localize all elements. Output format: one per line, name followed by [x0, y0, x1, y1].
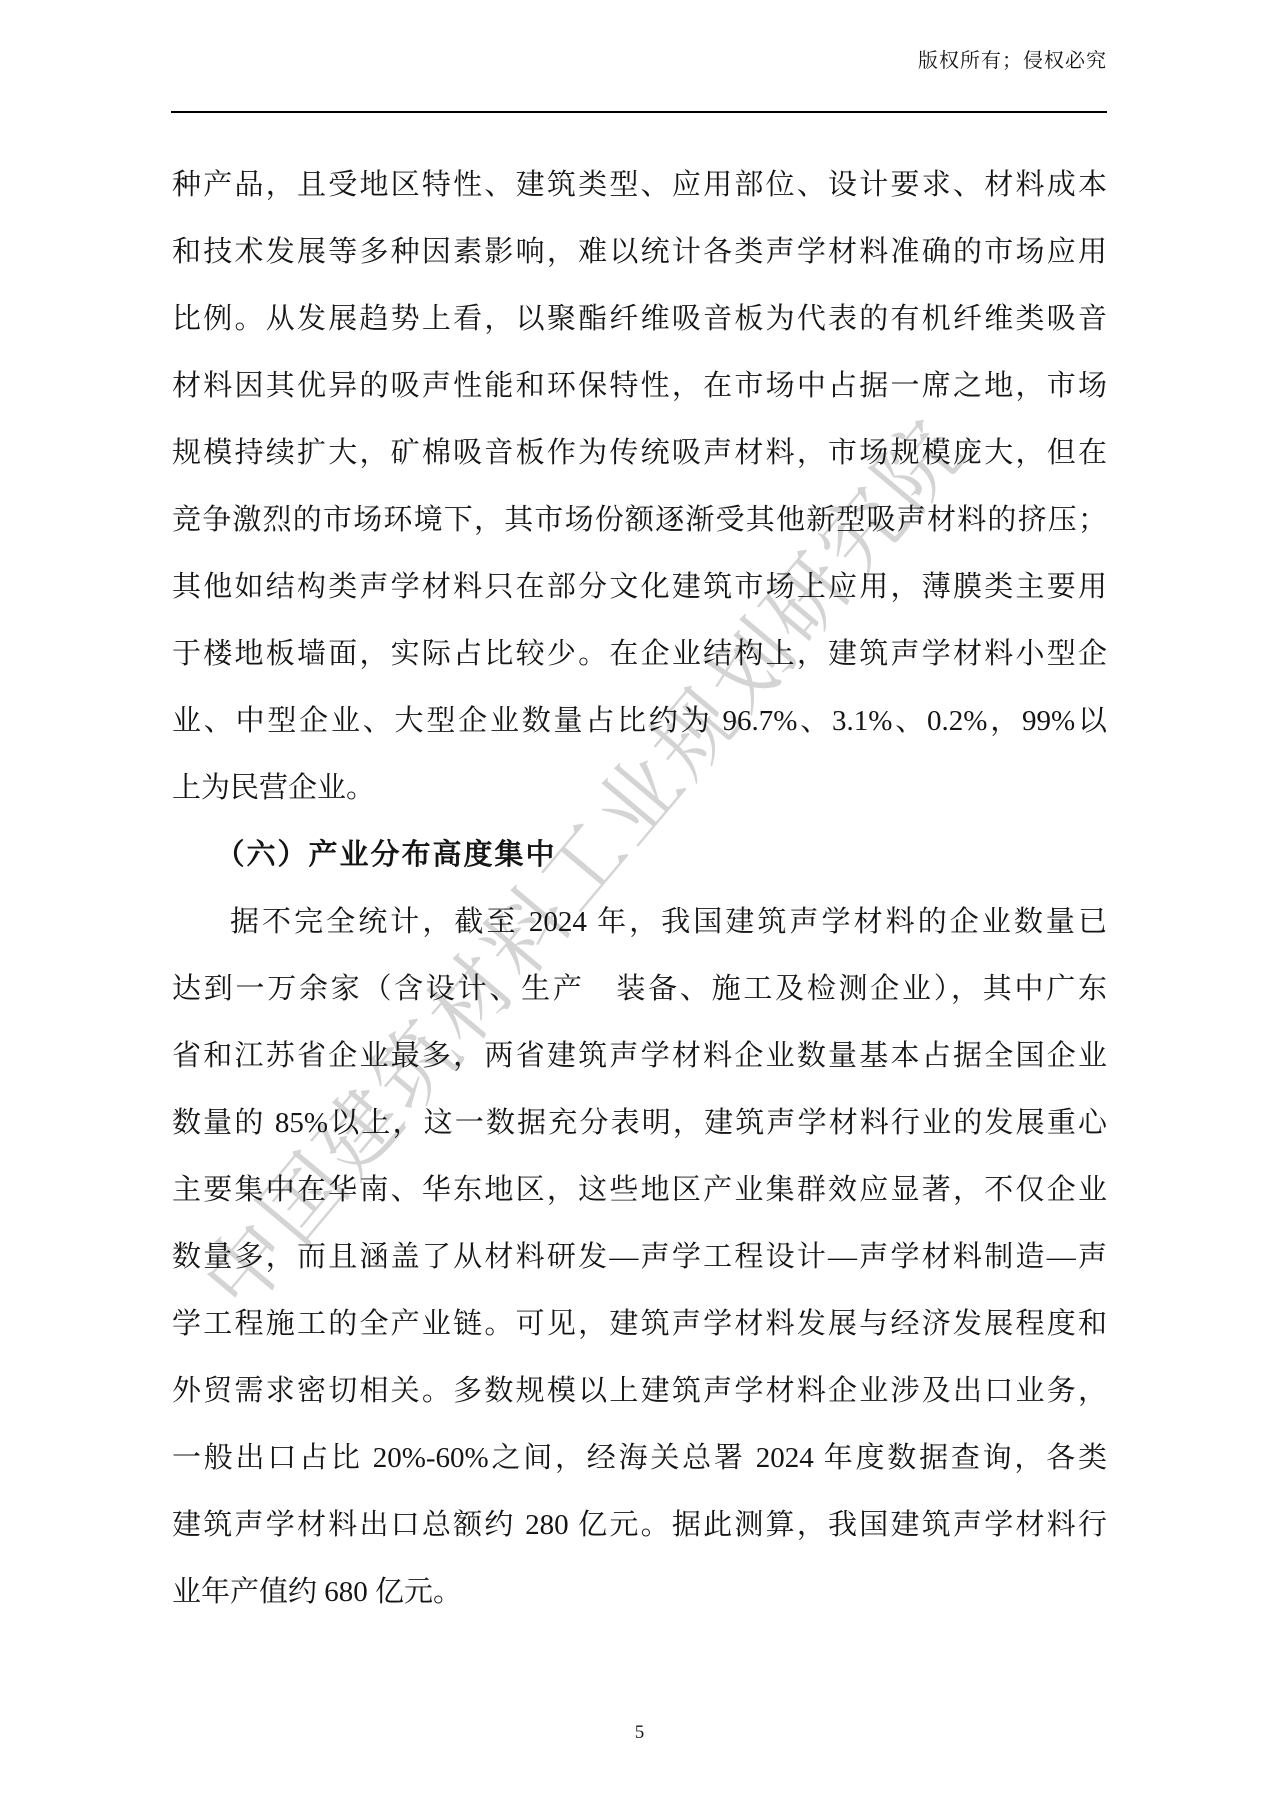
text-line: 学工程施工的全产业链。可见，建筑声学材料发展与经济发展程度和 — [172, 1291, 1107, 1358]
text-line: 数量的 85%以上，这一数据充分表明，建筑声学材料行业的发展重心 — [172, 1090, 1107, 1157]
text-line: 其他如结构类声学材料只在部分文化建筑市场上应用，薄膜类主要用 — [172, 554, 1107, 621]
text-line: 材料因其优异的吸声性能和环保特性，在市场中占据一席之地，市场 — [172, 353, 1107, 420]
text-line: 业、中型企业、大型企业数量占比约为 96.7%、3.1%、0.2%，99%以 — [172, 688, 1107, 755]
page-header: 版权所有；侵权必究 — [172, 44, 1107, 73]
document-page: 中国建筑材料工业规划研究院 版权所有；侵权必究 种产品，且受地区特性、建筑类型、… — [0, 0, 1280, 1810]
document-body: 种产品，且受地区特性、建筑类型、应用部位、设计要求、材料成本和技术发展等多种因素… — [172, 152, 1107, 1626]
text-line: 业年产值约 680 亿元。 — [172, 1559, 1107, 1626]
text-line: 上为民营企业。 — [172, 755, 1107, 822]
text-line: 外贸需求密切相关。多数规模以上建筑声学材料企业涉及出口业务， — [172, 1358, 1107, 1425]
text-line: 于楼地板墙面，实际占比较少。在企业结构上，建筑声学材料小型企 — [172, 621, 1107, 688]
text-line: 省和江苏省企业最多，两省建筑声学材料企业数量基本占据全国企业 — [172, 1023, 1107, 1090]
section-heading: （六）产业分布高度集中 — [172, 822, 1107, 889]
page-number: 5 — [635, 1722, 645, 1743]
text-line: 建筑声学材料出口总额约 280 亿元。据此测算，我国建筑声学材料行 — [172, 1492, 1107, 1559]
page-footer: 5 — [172, 1722, 1107, 1744]
text-line: 种产品，且受地区特性、建筑类型、应用部位、设计要求、材料成本 — [172, 152, 1107, 219]
text-line: 主要集中在华南、华东地区，这些地区产业集群效应显著，不仅企业 — [172, 1157, 1107, 1224]
text-line: 数量多，而且涵盖了从材料研发—声学工程设计—声学材料制造—声 — [172, 1224, 1107, 1291]
text-line: 规模持续扩大，矿棉吸音板作为传统吸声材料，市场规模庞大，但在 — [172, 420, 1107, 487]
text-line: 和技术发展等多种因素影响，难以统计各类声学材料准确的市场应用 — [172, 219, 1107, 286]
text-line: 竞争激烈的市场环境下，其市场份额逐渐受其他新型吸声材料的挤压； — [172, 487, 1107, 554]
header-rule — [171, 111, 1107, 113]
text-line: 一般出口占比 20%-60%之间，经海关总署 2024 年度数据查询，各类 — [172, 1425, 1107, 1492]
text-line: 据不完全统计，截至 2024 年，我国建筑声学材料的企业数量已 — [172, 889, 1107, 956]
text-line: 比例。从发展趋势上看，以聚酯纤维吸音板为代表的有机纤维类吸音 — [172, 286, 1107, 353]
copyright-notice: 版权所有；侵权必究 — [918, 50, 1107, 72]
text-line: 达到一万余家（含设计、生产 装备、施工及检测企业），其中广东 — [172, 956, 1107, 1023]
